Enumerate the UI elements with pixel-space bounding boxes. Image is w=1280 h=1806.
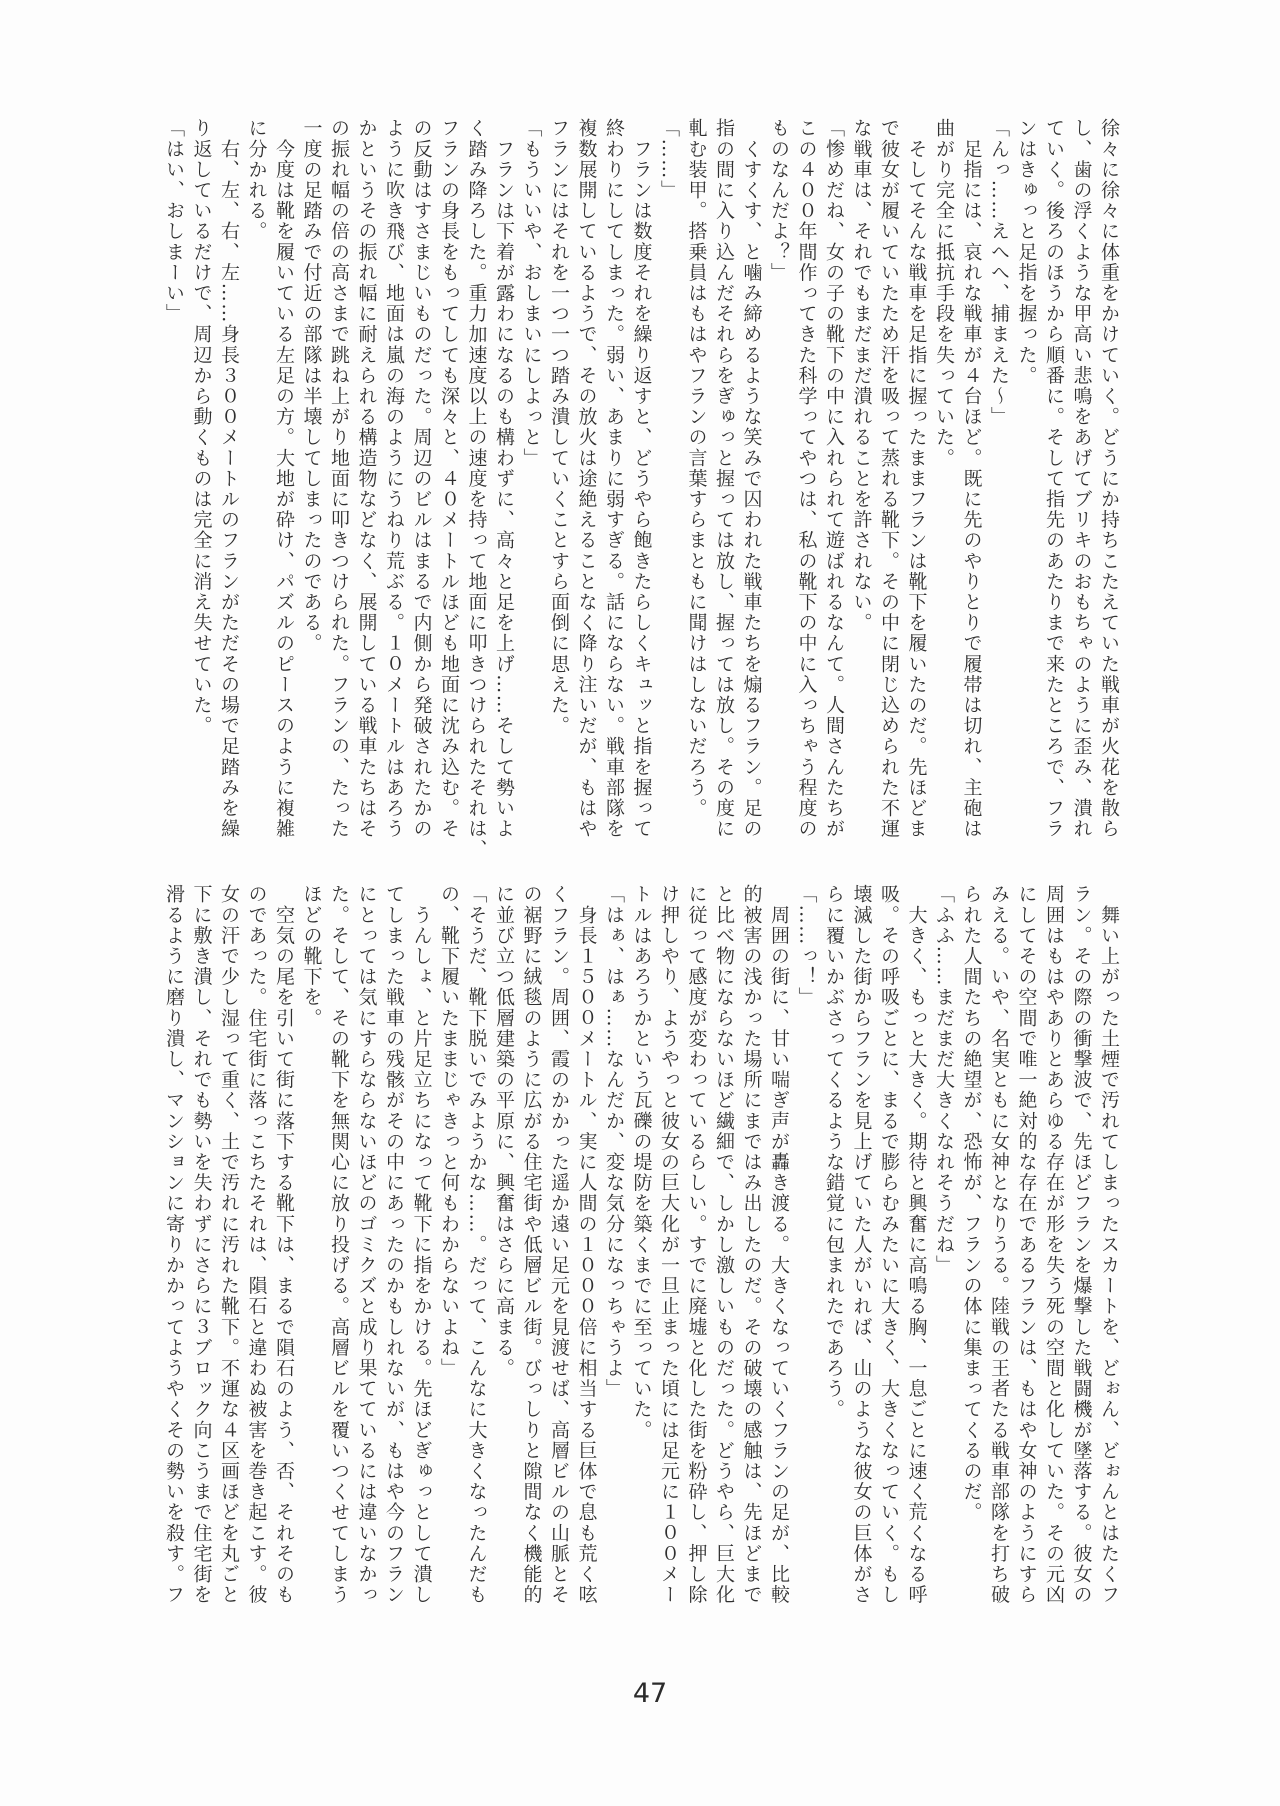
text-line: に従って感度が変わっているらしい。すでに廃墟と化した街を粉砕し、押し除 bbox=[682, 884, 710, 1622]
text-line: 周囲はもはやありとあらゆる存在が形を失う死の空間と化していた。その元凶 bbox=[1040, 884, 1068, 1622]
text-line: そしてそんな戦車を足指に握ったままフランは靴下を履いたのだ。先ほどま bbox=[902, 118, 930, 864]
text-line: 滑るように磨り潰し、マンションに寄りかかってようやくその勢いを殺す。フ bbox=[160, 884, 188, 1622]
text-line: 舞い上がった土煙で汚れてしまったスカートを、どぉん、どぉんとはたくフ bbox=[1095, 884, 1123, 1622]
text-line: 「……っ！」 bbox=[792, 884, 820, 1622]
text-line: にしてその空間で唯一絶対的な存在であるフランは、もはや女神のようにすら bbox=[1012, 884, 1040, 1622]
text-line: られた人間たちの絶望が、恐怖が、フランの体に集まってくるのだ。 bbox=[957, 884, 985, 1622]
text-line: 「んっ……えへへ、捕まえた〜」 bbox=[985, 118, 1013, 864]
bottom-text-block: 舞い上がった土煙で汚れてしまったスカートを、どぉん、どぉんとはたくフラン。その際… bbox=[160, 884, 1123, 1622]
text-line: に並び立つ低層建築の平原に、興奮はさらに高まる。 bbox=[490, 884, 518, 1622]
text-line: 女の汗で少し湿って重く、土で汚れに汚れた靴下。不運な４区画ほどを丸ごと bbox=[215, 884, 243, 1622]
text-line: 「そうだ、靴下脱いでみようかな……。だって、こんなに大きくなったんだも bbox=[462, 884, 490, 1622]
text-line: にとっては気にすらならないほどのゴミクズと成り果てているには違いなかっ bbox=[352, 884, 380, 1622]
text-line: 吸。その呼吸ごとに、まるで膨らむみたいに大きく、大きくなっていく。もし bbox=[875, 884, 903, 1622]
text-line: 徐々に徐々に体重をかけていく。どうにか持ちこたえていた戦車が火花を散ら bbox=[1095, 118, 1123, 864]
text-line: の、靴下履いたままじゃきっと何もわからないよね」 bbox=[435, 884, 463, 1622]
text-line: で彼女が履いていたため汗を吸って蒸れる靴下。その中に閉じ込められた不運 bbox=[875, 118, 903, 864]
text-line: け押しやり、ようやっと彼女の巨大化が一旦止まった頃には足元に１００メー bbox=[655, 884, 683, 1622]
text-line: 「はい、おしまーい」 bbox=[160, 118, 188, 864]
text-line: フランにはそれを一つ一つ踏み潰していくことすら面倒に思えた。 bbox=[545, 118, 573, 864]
text-line: 一度の足踏みで付近の部隊は半壊してしまったのである。 bbox=[297, 118, 325, 864]
text-line: くすくす、と噛み締めるような笑みで囚われた戦車たちを煽るフラン。足の bbox=[737, 118, 765, 864]
text-line: うんしょ、と片足立ちになって靴下に指をかける。先ほどぎゅっとして潰し bbox=[407, 884, 435, 1622]
text-line: 空気の尾を引いて街に落下する靴下は、まるで隕石のよう、否、それそのも bbox=[270, 884, 298, 1622]
text-line: 身長１５００メートル、実に人間の１０００倍に相当する巨体で息も荒く呟 bbox=[572, 884, 600, 1622]
text-line: ものなんだよ？」 bbox=[765, 118, 793, 864]
text-line: 壊滅した街からフランを見上げていた人がいれば、山のような彼女の巨体がさ bbox=[847, 884, 875, 1622]
text-line: く踏み降ろした。重力加速度以上の速度を持って地面に叩きつけられたそれは、 bbox=[462, 118, 490, 864]
text-line: 「もういいや、おしまいにしよっと」 bbox=[517, 118, 545, 864]
text-line: 今度は靴を履いている左足の方。大地が砕け、パズルのピースのように複雑 bbox=[270, 118, 298, 864]
text-line: の裾野に絨毯のように広がる住宅街や低層ビル街。びっしりと隙間なく機能的 bbox=[517, 884, 545, 1622]
text-line: 軋む装甲。搭乗員はもはやフランの言葉すらまともに聞けはしないだろう。 bbox=[682, 118, 710, 864]
text-line: らに覆いかぶさってくるような錯覚に包まれたであろう。 bbox=[820, 884, 848, 1622]
text-line: フランは下着が露わになるのも構わずに、高々と足を上げ……そして勢いよ bbox=[490, 118, 518, 864]
text-line: し、歯の浮くような甲高い悲鳴をあげてブリキのおもちゃのように歪み、潰れ bbox=[1067, 118, 1095, 864]
text-line: 足指には、哀れな戦車が４台ほど。既に先のやりとりで履帯は切れ、主砲は bbox=[957, 118, 985, 864]
text-line: 的被害の浅かった場所にまではみ出したのだ。その破壊の感触は、先ほどまで bbox=[737, 884, 765, 1622]
text-line: 複数展開しているようで、その放火は途絶えることなく降り注いだが、もはや bbox=[572, 118, 600, 864]
text-line: 「はぁ、はぁ……なんだか、変な気分になっちゃうよ」 bbox=[600, 884, 628, 1622]
text-line: 周囲の街に、甘い喘ぎ声が轟き渡る。大きくなっていくフランの足が、比較 bbox=[765, 884, 793, 1622]
text-line: 終わりにしてしまった。弱い、あまりに弱すぎる。話にならない。戦車部隊を bbox=[600, 118, 628, 864]
text-line: た。そして、その靴下を無関心に放り投げる。高層ビルを覆いつくせてしまう bbox=[325, 884, 353, 1622]
text-line: この４００年間作ってきた科学ってやつは、私の靴下の中に入っちゃう程度の bbox=[792, 118, 820, 864]
text-line: てしまった戦車の残骸がその中にあったのかもしれないが、もはや今のフラン bbox=[380, 884, 408, 1622]
text-line: 「惨めだね、女の子の靴下の中に入れられて遊ばれるなんて。人間さんたちが bbox=[820, 118, 848, 864]
text-line: かというその振れ幅に耐えられる構造物などなく、展開している戦車たちはそ bbox=[352, 118, 380, 864]
text-line: 「ふふ……まだまだ大きくなれそうだね」 bbox=[930, 884, 958, 1622]
text-line: 右、左、右、左……身長３００メートルのフランがただその場で足踏みを繰 bbox=[215, 118, 243, 864]
page-number: 47 bbox=[600, 1678, 700, 1709]
text-line: 曲がり完全に抵抗手段を失っていた。 bbox=[930, 118, 958, 864]
text-line: フランは数度それを繰り返すと、どうやら飽きたらしくキュッと指を握って bbox=[627, 118, 655, 864]
text-line: ンはきゅっと足指を握った。 bbox=[1012, 118, 1040, 864]
text-line: みえる。いや、名実ともに女神となりうる。陸戦の王者たる戦車部隊を打ち破 bbox=[985, 884, 1013, 1622]
text-line: ていく。後ろのほうから順番に。そして指先のあたりまで来たところで、フラ bbox=[1040, 118, 1068, 864]
text-line: フランの身長をもってしても深々と、４０メートルほども地面に沈み込む。そ bbox=[435, 118, 463, 864]
text-line: 大きく、もっと大きく。期待と興奮に高鳴る胸、一息ごとに速く荒くなる呼 bbox=[902, 884, 930, 1622]
text-line: 下に敷き潰し、それでも勢いを失わずにさらに３ブロック向こうまで住宅街を bbox=[187, 884, 215, 1622]
text-line: に分かれる。 bbox=[242, 118, 270, 864]
text-line: り返しているだけで、周辺から動くものは完全に消え失せていた。 bbox=[187, 118, 215, 864]
page-sheet: 徐々に徐々に体重をかけていく。どうにか持ちこたえていた戦車が火花を散らし、歯の浮… bbox=[0, 0, 1280, 1806]
text-line: の振れ幅の倍の高さまで跳ね上がり地面に叩きつけられた。フランの、たった bbox=[325, 118, 353, 864]
text-line: くフラン。周囲、霞のかかった遥か遠い足元を見渡せば、高層ビルの山脈とそ bbox=[545, 884, 573, 1622]
text-line: ほどの靴下を。 bbox=[297, 884, 325, 1622]
text-line: のであった。住宅街に落っこちたそれは、隕石と違わぬ被害を巻き起こす。彼 bbox=[242, 884, 270, 1622]
text-line: ラン。その際の衝撃波で、先ほどフランを爆撃した戦闘機が墜落する。彼女の bbox=[1067, 884, 1095, 1622]
text-line: ように吹き飛び、地面は嵐の海のようにうねり荒ぶる。１０メートルはあろう bbox=[380, 118, 408, 864]
text-line: と比べ物にならないほど繊細で、しかし激しいものだった。どうやら、巨大化 bbox=[710, 884, 738, 1622]
text-line: トルはあろうかという瓦礫の堤防を築くまでに至っていた。 bbox=[627, 884, 655, 1622]
text-line: 指の間に入り込んだそれらをぎゅっと握っては放し、握っては放し。その度に bbox=[710, 118, 738, 864]
text-line: の反動はすさまじいものだった。周辺のビルはまるで内側から発破されたかの bbox=[407, 118, 435, 864]
text-line: な戦車は、それでもまだまだ潰れることを許されない。 bbox=[847, 118, 875, 864]
top-text-block: 徐々に徐々に体重をかけていく。どうにか持ちこたえていた戦車が火花を散らし、歯の浮… bbox=[160, 118, 1123, 864]
text-line: 「……」 bbox=[655, 118, 683, 864]
